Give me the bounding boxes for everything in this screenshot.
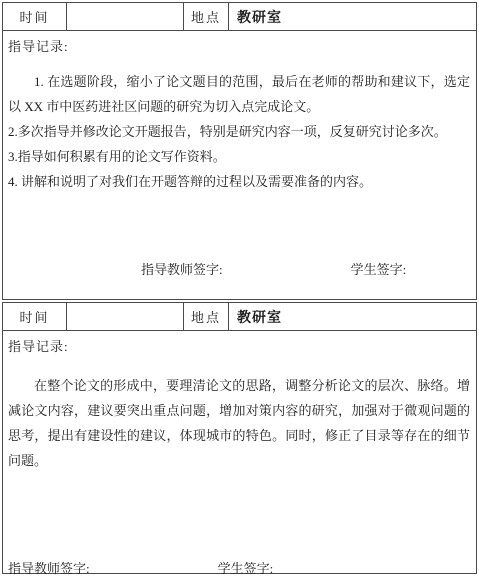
teacher-signature-label: 指导教师签字: [8,556,90,576]
place-label-cell: 地点 [184,3,229,30]
record-paragraph: 在整个论文的形成中，要理清论文的思路，调整分析论文的层次、脉络。增减论文内容，建… [8,373,470,473]
table-2-header-row: 时间 地点 教研室 [3,303,476,331]
record-item-list: 1. 在选题阶段，缩小了论文题目的范围，最后在老师的帮助和建议下，选定以 XX … [8,69,470,194]
record-item-1: 1. 在选题阶段，缩小了论文题目的范围，最后在老师的帮助和建议下，选定以 XX … [8,69,470,119]
record-label: 指导记录: [8,34,470,59]
place-value-cell: 教研室 [229,3,476,30]
student-signature-label: 学生签字: [351,257,407,282]
time-value-cell [67,303,184,330]
table-2-record-body: 指导记录: 在整个论文的形成中，要理清论文的思路，调整分析论文的层次、脉络。增减… [3,331,476,576]
guidance-record-document: 时间 地点 教研室 指导记录: 1. 在选题阶段，缩小了论文题目的范围，最后在老… [0,0,479,576]
table-1-record-body: 指导记录: 1. 在选题阶段，缩小了论文题目的范围，最后在老师的帮助和建议下，选… [3,31,476,282]
time-label-cell: 时间 [3,3,67,30]
guidance-record-table-2: 时间 地点 教研室 指导记录: 在整个论文的形成中，要理清论文的思路，调整分析论… [2,302,477,574]
place-label-cell: 地点 [184,303,229,330]
record-item-list: 在整个论文的形成中，要理清论文的思路，调整分析论文的层次、脉络。增减论文内容，建… [8,373,470,473]
time-label-cell: 时间 [3,303,67,330]
student-signature-label: 学生签字: [218,556,274,576]
record-item-2: 2.多次指导并修改论文开题报告，特别是研究内容一项，反复研究讨论多次。 [8,119,470,144]
teacher-signature-label: 指导教师签字: [141,257,223,282]
record-item-3: 3.指导如何积累有用的论文写作资料。 [8,144,470,169]
signature-row: 指导教师签字: 学生签字: [8,257,470,282]
record-label: 指导记录: [8,334,470,359]
guidance-record-table-1: 时间 地点 教研室 指导记录: 1. 在选题阶段，缩小了论文题目的范围，最后在老… [2,2,477,300]
signature-row: 指导教师签字: 学生签字: [8,556,470,576]
time-value-cell [67,3,184,30]
place-value-cell: 教研室 [229,303,476,330]
table-1-header-row: 时间 地点 教研室 [3,3,476,31]
record-item-4: 4. 讲解和说明了对我们在开题答辩的过程以及需要准备的内容。 [8,169,470,194]
